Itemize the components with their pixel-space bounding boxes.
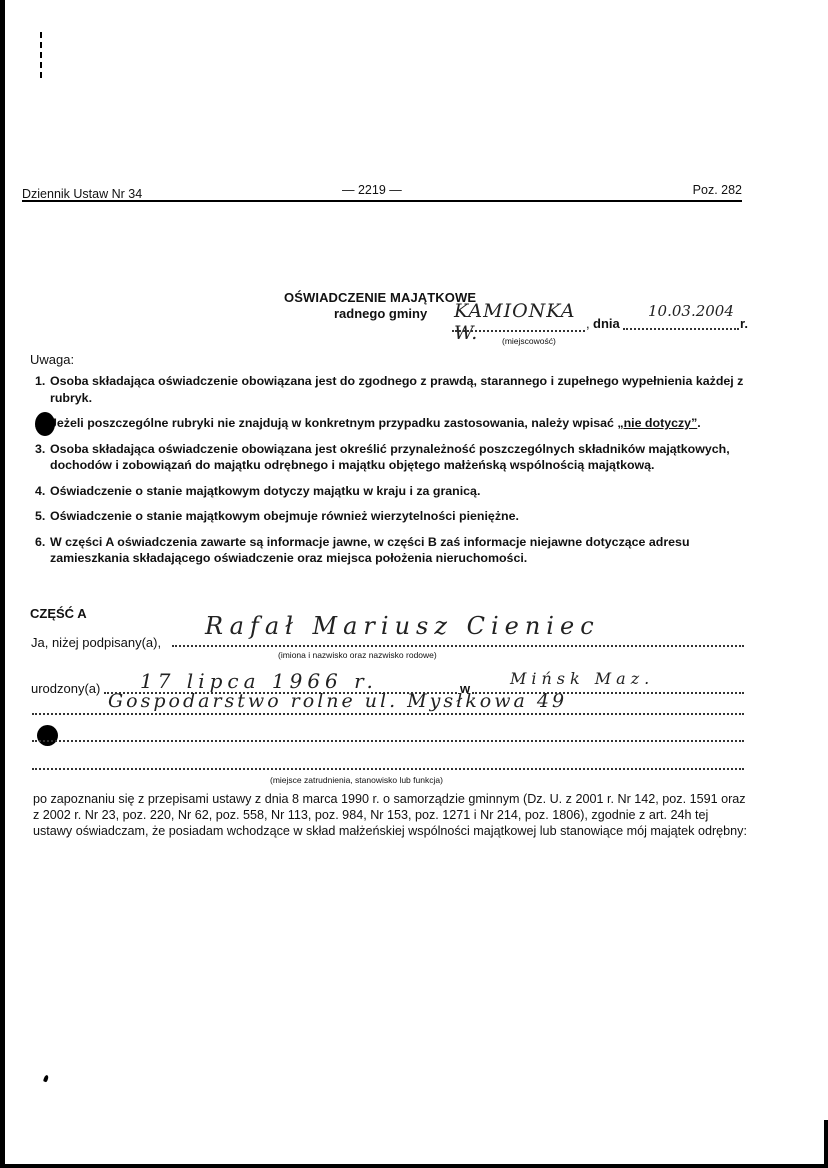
note-text: Jeżeli poszczególne rubryki nie znajdują… [50, 416, 617, 430]
note-text: Oświadczenie o stanie majątkowym dotyczy… [50, 484, 480, 498]
note-text: Osoba składająca oświadczenie obowiązana… [50, 374, 743, 405]
punch-hole-mark [35, 412, 55, 436]
comma: , [586, 316, 590, 331]
document-subtitle: radnego gminy [334, 306, 427, 321]
scan-border [824, 1120, 828, 1168]
place-caption: (miejscowość) [502, 336, 556, 346]
declaration-text: po zapoznaniu się z przepisami ustawy z … [33, 791, 751, 839]
employment-field-line-2[interactable] [32, 740, 744, 742]
page-number: — 2219 — [342, 183, 402, 197]
note-number: 5. [35, 508, 45, 525]
note-text: . [697, 416, 700, 430]
position-number: Poz. 282 [693, 183, 742, 197]
date-suffix: r. [740, 316, 748, 331]
page-header: Dziennik Ustaw Nr 34 — 2219 — Poz. 282 [22, 182, 742, 200]
scan-artifact [43, 1075, 49, 1083]
scan-artifact [40, 32, 44, 78]
note-text: W części A oświadczenia zawarte są infor… [50, 535, 690, 566]
notes-list: 1. Osoba składająca oświadczenie obowiąz… [35, 373, 747, 576]
signer-value: Rafał Mariusz Cieniec [205, 612, 600, 640]
note-item: 6. W części A oświadczenia zawarte są in… [35, 534, 747, 567]
signer-caption: (imiona i nazwisko oraz nazwisko rodowe) [278, 650, 437, 660]
note-item: 2. Jeżeli poszczególne rubryki nie znajd… [35, 415, 747, 432]
date-field[interactable]: 10.03.2004 [623, 306, 739, 330]
note-text: Osoba składająca oświadczenie obowiązana… [50, 442, 730, 473]
date-label: dnia [593, 316, 620, 331]
journal-name: Dziennik Ustaw Nr 34 [22, 187, 142, 201]
note-emphasis: „nie dotyczy” [617, 416, 697, 430]
note-item: 5. Oświadczenie o stanie majątkowym obej… [35, 508, 747, 525]
header-rule [22, 200, 742, 202]
employment-field-line-3[interactable] [32, 768, 744, 770]
employment-value: Gospodarstwo rolne ul. Mysłkowa 49 [108, 690, 567, 712]
born-label: urodzony(a) [31, 681, 100, 696]
note-item: 3. Osoba składająca oświadczenie obowiąz… [35, 441, 747, 474]
note-number: 6. [35, 534, 45, 551]
note-item: 4. Oświadczenie o stanie majątkowym doty… [35, 483, 747, 500]
notes-heading: Uwaga: [30, 352, 74, 367]
date-value: 10.03.2004 [648, 302, 734, 320]
employment-field[interactable] [32, 713, 744, 715]
signer-label: Ja, niżej podpisany(a), [31, 635, 161, 650]
document-title: OŚWIADCZENIE MAJĄTKOWE [284, 290, 476, 305]
note-item: 1. Osoba składająca oświadczenie obowiąz… [35, 373, 747, 406]
note-number: 1. [35, 373, 45, 390]
scan-border [0, 1164, 828, 1168]
punch-hole-mark [37, 725, 58, 746]
employment-caption: (miejsce zatrudnienia, stanowisko lub fu… [270, 775, 443, 785]
born-place-value: Mińsk Maz. [510, 669, 654, 688]
scan-border [0, 0, 5, 1168]
signer-field[interactable] [172, 645, 744, 647]
note-number: 4. [35, 483, 45, 500]
note-text: Oświadczenie o stanie majątkowym obejmuj… [50, 509, 519, 523]
part-a-heading: CZĘŚĆ A [30, 606, 87, 621]
place-field[interactable]: KAMIONKA W. [452, 302, 585, 332]
note-number: 3. [35, 441, 45, 458]
